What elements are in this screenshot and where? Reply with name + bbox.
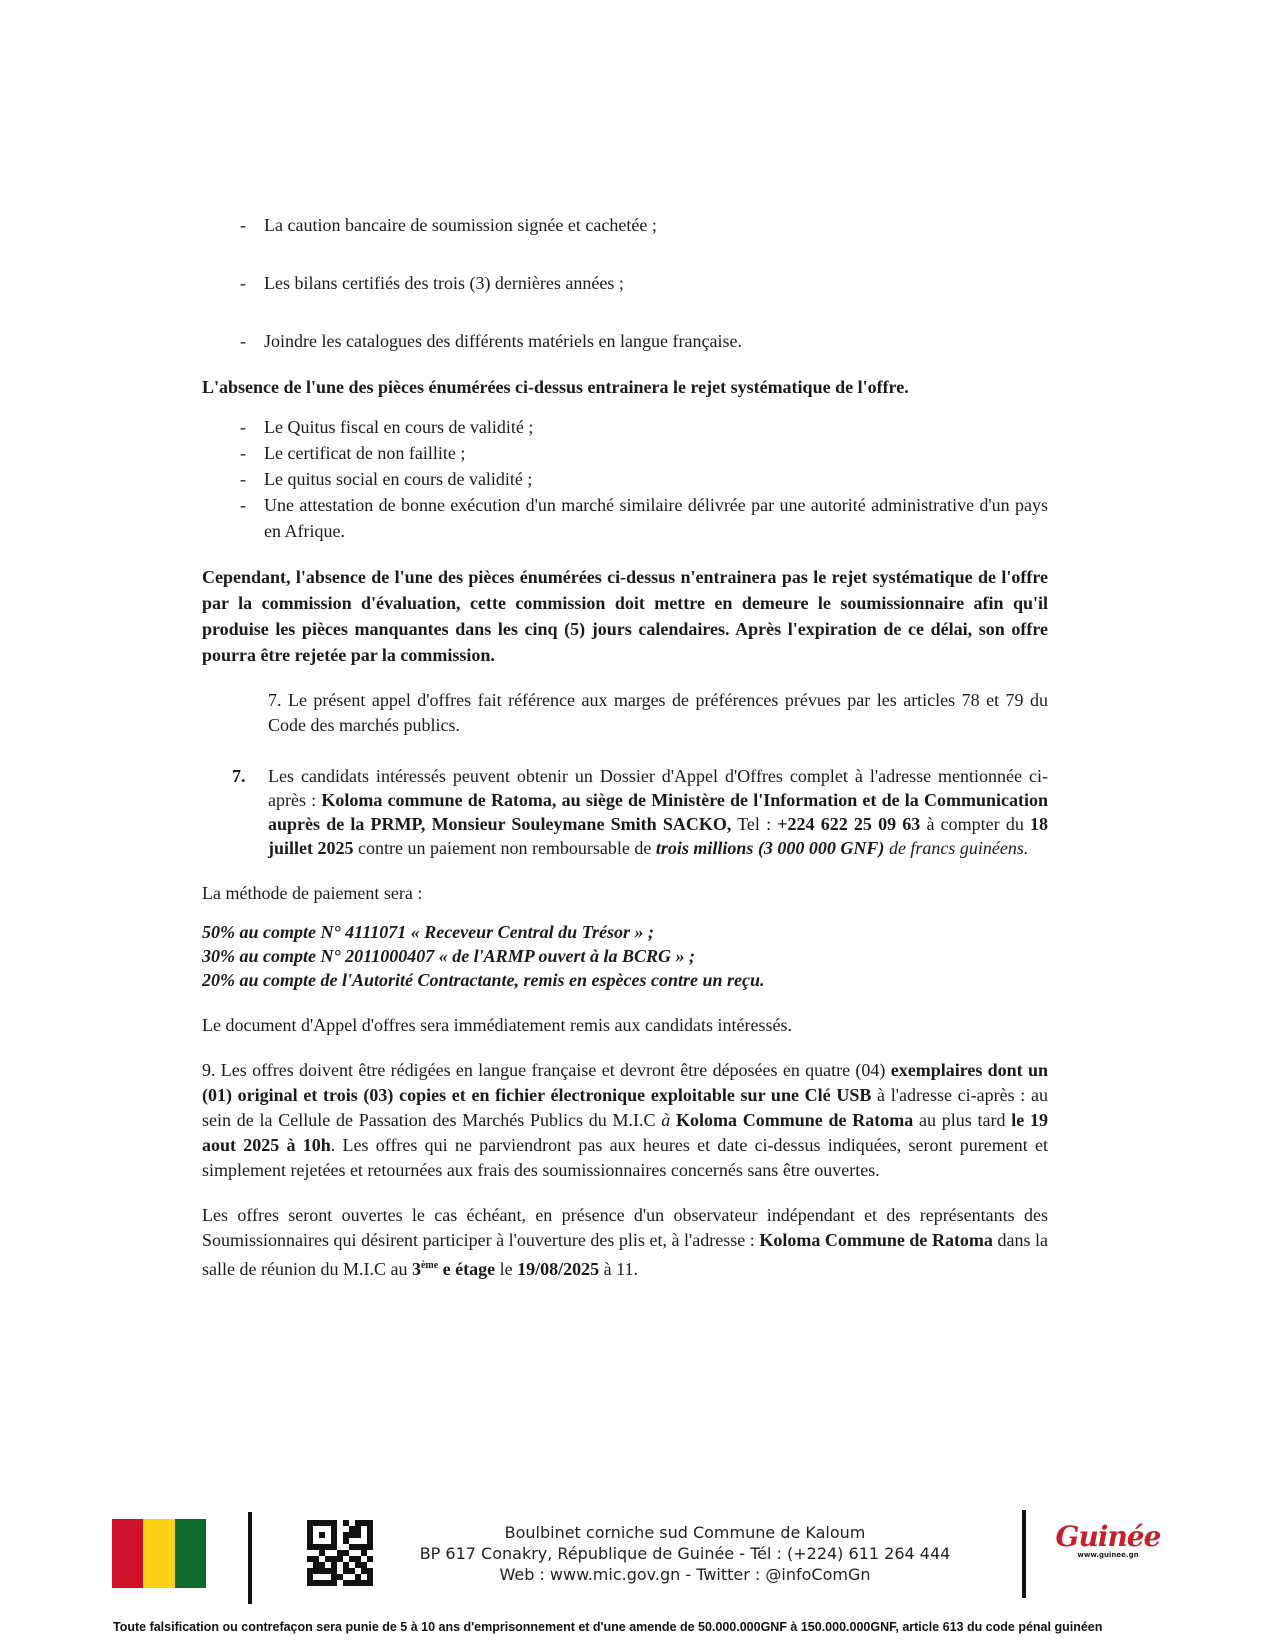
list-item: -Le quitus social en cours de validité ; [210,466,1048,492]
item-7-dossier: 7. Les candidats intéressés peuvent obte… [232,764,1048,860]
payment-line: 20% au compte de l'Autorité Contractante… [202,968,1048,992]
legal-notice: Toute falsification ou contrefaçon sera … [113,1620,1213,1634]
list-item: -Une attestation de bonne exécution d'un… [210,492,1048,544]
absence-heading: L'absence de l'une des pièces énumérées … [202,374,1048,400]
ministry-address: Boulbinet corniche sud Commune de Kaloum… [395,1522,975,1585]
payment-lines: 50% au compte N° 4111071 « Receveur Cent… [202,920,1048,992]
list-item: -Le certificat de non faillite ; [210,440,1048,466]
list-item: -Le Quitus fiscal en cours de validité ; [210,414,1048,440]
payment-line: 50% au compte N° 4111071 « Receveur Cent… [202,920,1048,944]
qr-code-icon [307,1520,373,1586]
cependant-paragraph: Cependant, l'absence de l'une des pièces… [202,564,1048,668]
guinea-flag-icon [112,1519,206,1588]
opening-paragraph: Les offres seront ouvertes le cas échéan… [202,1203,1048,1282]
list-item: -La caution bancaire de soumission signé… [210,212,1048,238]
guinee-logo: Guinée www.guinee.gn [1048,1520,1168,1559]
list-item: -Les bilans certifiés des trois (3) dern… [210,270,1048,296]
document-remis: Le document d'Appel d'offres sera immédi… [202,1012,1048,1038]
administrative-documents-list: -Le Quitus fiscal en cours de validité ;… [210,414,1048,544]
list-item: -Joindre les catalogues des différents m… [210,328,1048,354]
required-documents-list: -La caution bancaire de soumission signé… [210,212,1048,354]
footer-divider [248,1512,252,1604]
footer-divider [1022,1510,1026,1598]
item-7-margins: 7. Le présent appel d'offres fait référe… [210,688,1048,738]
document-page: -La caution bancaire de soumission signé… [0,0,1275,1650]
item-9-offers: 9. Les offres doivent être rédigées en l… [202,1058,1048,1183]
payment-method-intro: La méthode de paiement sera : [202,880,1048,906]
document-body: -La caution bancaire de soumission signé… [210,212,1048,1282]
payment-line: 30% au compte N° 2011000407 « de l'ARMP … [202,944,1048,968]
